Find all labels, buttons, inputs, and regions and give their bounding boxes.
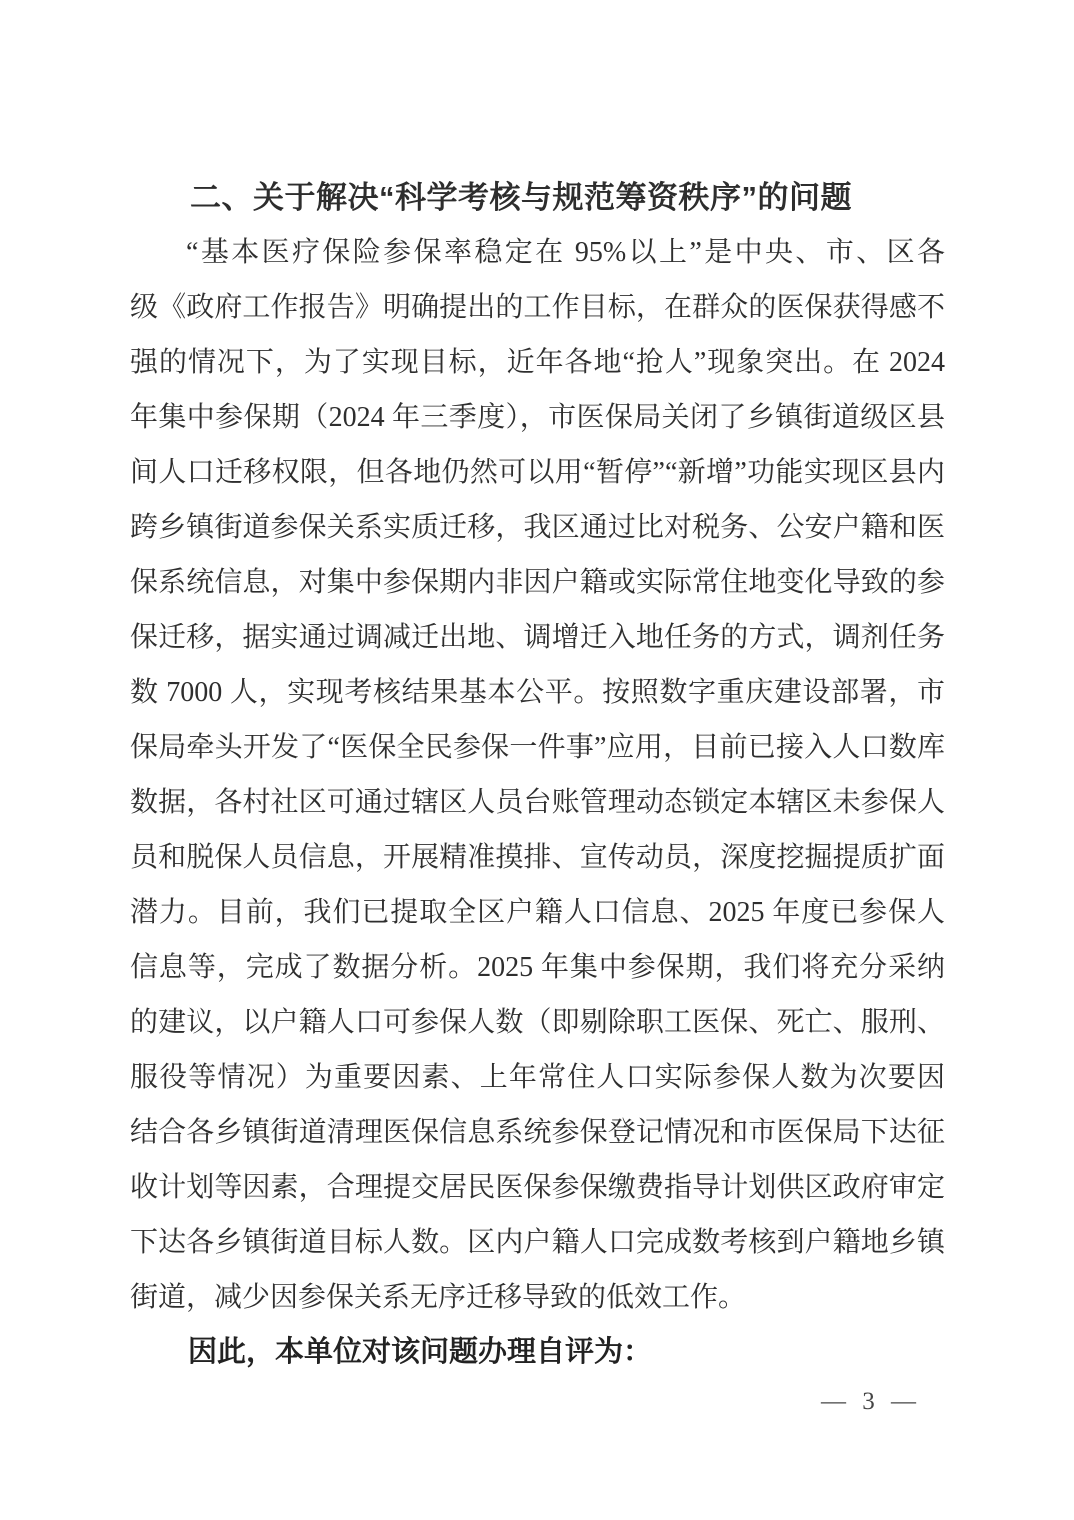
paragraph-line: 跨乡镇街道参保关系实质迁移，我区通过比对税务、公安户籍和医 <box>130 500 945 555</box>
paragraph-line: 街道，减少因参保关系无序迁移导致的低效工作。 <box>130 1270 945 1325</box>
page-number: — 3 — <box>130 1388 945 1416</box>
paragraph-line: 潜力。目前，我们已提取全区户籍人口信息、2025 年度已参保人口 <box>130 885 945 940</box>
paragraph-line: 保迁移，据实通过调减迁出地、调增迁入地任务的方式，调剂任务 <box>130 610 945 665</box>
document-page: 二、关于解决“科学考核与规范筹资秩序”的问题 “基本医疗保险参保率稳定在 95%… <box>0 0 1074 1520</box>
paragraph-line: “基本医疗保险参保率稳定在 95%以上”是中央、市、区各 <box>130 225 945 280</box>
paragraph-line: 收计划等因素，合理提交居民医保参保缴费指导计划供区政府审定 <box>130 1160 945 1215</box>
paragraph-line: 信息等，完成了数据分析。2025 年集中参保期，我们将充分采纳您 <box>130 940 945 995</box>
paragraph-line: 年集中参保期（2024 年三季度），市医保局关闭了乡镇街道级区县 <box>130 390 945 445</box>
paragraph-line: 下达各乡镇街道目标人数。区内户籍人口完成数考核到户籍地乡镇 <box>130 1215 945 1270</box>
paragraph-line: 结合各乡镇街道清理医保信息系统参保登记情况和市医保局下达征 <box>130 1105 945 1160</box>
paragraph-line: 的建议，以户籍人口可参保人数（即剔除职工医保、死亡、服刑、 <box>130 995 945 1050</box>
body-paragraph: “基本医疗保险参保率稳定在 95%以上”是中央、市、区各 级《政府工作报告》明确… <box>130 225 945 1325</box>
closing-statement: 因此，本单位对该问题办理自评为： <box>130 1325 945 1380</box>
paragraph-line: 保系统信息，对集中参保期内非因户籍或实际常住地变化导致的参 <box>130 555 945 610</box>
paragraph-line: 数据，各村社区可通过辖区人员台账管理动态锁定本辖区未参保人 <box>130 775 945 830</box>
section-heading: 二、关于解决“科学考核与规范筹资秩序”的问题 <box>130 170 945 225</box>
paragraph-line: 级《政府工作报告》明确提出的工作目标，在群众的医保获得感不 <box>130 280 945 335</box>
paragraph-line: 保局牵头开发了“医保全民参保一件事”应用，目前已接入人口数库 <box>130 720 945 775</box>
paragraph-line: 服役等情况）为重要因素、上年常住人口实际参保人数为次要因素， <box>130 1050 945 1105</box>
paragraph-line: 数 7000 人，实现考核结果基本公平。按照数字重庆建设部署，市医 <box>130 665 945 720</box>
paragraph-line: 间人口迁移权限，但各地仍然可以用“暂停”“新增”功能实现区县内 <box>130 445 945 500</box>
paragraph-line: 强的情况下，为了实现目标，近年各地“抢人”现象突出。在 2024 <box>130 335 945 390</box>
paragraph-line: 员和脱保人员信息，开展精准摸排、宣传动员，深度挖掘提质扩面 <box>130 830 945 885</box>
